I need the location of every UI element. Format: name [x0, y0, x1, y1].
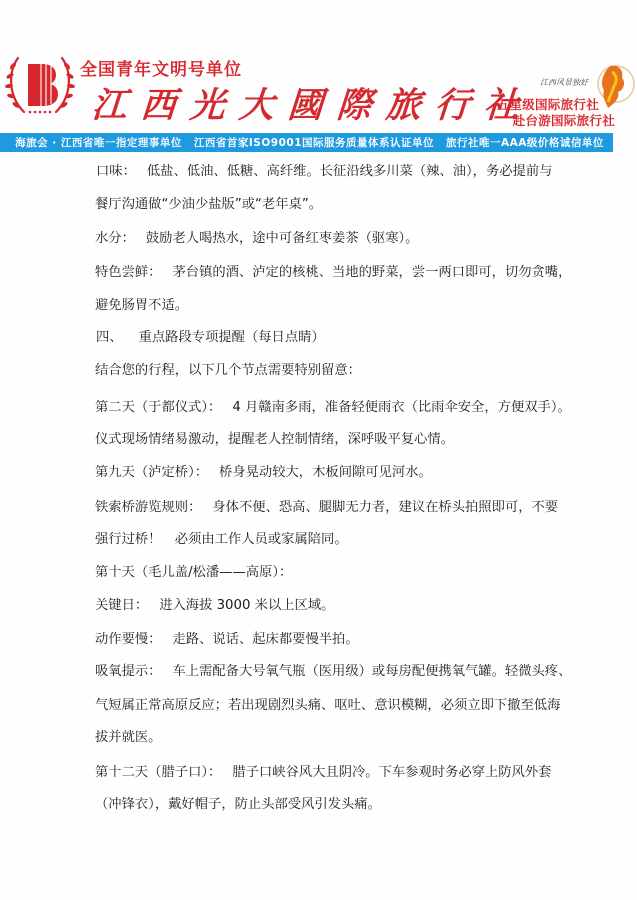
banner-segment: 海旅会 · 江西省唯一指定理事单位	[15, 135, 182, 150]
paragraph-line-day12: 第十二天（腊子口）：腊子口峡谷风大且阴冷。下车参观时务必穿上防风外套	[95, 764, 551, 782]
honor-slogan: 全国青年文明号单位	[80, 55, 242, 80]
paragraph-line-oxygen: 吸氧提示：车上需配备大号氧气瓶（医用级）或每房配便携氧气罐。轻微头疼、	[95, 663, 571, 681]
paragraph-line: （冲锋衣），戴好帽子，防止头部受风引发头痛。	[95, 796, 381, 814]
paragraph-line-move-slow: 动作要慢：走路、说话、起床都要慢半拍。	[95, 631, 359, 649]
paragraph-line: 强行过桥！ 必须由工作人员或家属陪同。	[95, 531, 348, 549]
certification-banner: 海旅会 · 江西省唯一指定理事单位 江西省首家ISO9001国际服务质量体系认证…	[0, 133, 613, 152]
paragraph-line: 仪式现场情绪易激动，提醒老人控制情绪，深呼吸平复心情。	[95, 431, 454, 449]
paragraph-line-day2: 第二天（于都仪式）：4 月赣南多雨，准备轻便雨衣（比雨伞安全，方便双手）。	[95, 399, 571, 417]
banner-segment: 旅行社唯一AAA级价格诚信单位	[446, 135, 604, 150]
laurel-wreath-logo-icon	[4, 50, 76, 122]
paragraph-line: 避免肠胃不适。	[95, 297, 188, 315]
brand-script: 江西风景独好	[540, 77, 588, 88]
paragraph-line-key-day: 关键日：进入海拔 3000 米以上区域。	[95, 597, 334, 615]
paragraph-line: 结合您的行程，以下几个节点需要特别留意：	[95, 362, 361, 380]
paragraph-line-day10: 第十天（毛儿盖/松潘——高原）：	[95, 564, 292, 582]
paragraph-line-bridge-rules: 铁索桥游览规则：身体不便、恐高、腿脚无力者，建议在桥头拍照即可，不要	[95, 499, 558, 517]
paragraph-line-specialty: 特色尝鲜：茅台镇的酒、泸定的核桃、当地的野菜，尝一两口即可，切勿贪嘴，	[95, 264, 571, 282]
paragraph-line-water: 水分：鼓励老人喝热水，途中可备红枣姜茶（驱寒）。	[95, 230, 418, 248]
company-name: 江西光大國際旅行社	[90, 78, 535, 128]
paragraph-line: 拔并就医。	[95, 729, 161, 747]
letterhead: 全国青年文明号单位 江西光大國際旅行社 江西风景独好 五星级国际旅行社 赴台游国…	[0, 0, 637, 155]
paragraph-line: 气短属正常高原反应；若出现剧烈头痛、呕吐、意识模糊，必须立即下撤至低海	[95, 697, 560, 715]
paragraph-line: 餐厅沟通做“少油少盐版”或“老年桌”。	[95, 196, 322, 214]
document-page: 全国青年文明号单位 江西光大國際旅行社 江西风景独好 五星级国际旅行社 赴台游国…	[0, 0, 637, 900]
section-heading-4: 四、重点路段专项提醒（每日点睛）	[96, 329, 325, 347]
banner-segment: 江西省首家ISO9001国际服务质量体系认证单位	[194, 135, 434, 150]
rank-line-taiwan-tour: 赴台游国际旅行社	[513, 111, 615, 129]
paragraph-line-day9: 第九天（泸定桥）：桥身晃动较大，木板间隙可见河水。	[95, 464, 432, 482]
paragraph-line-taste: 口味：低盐、低油、低糖、高纤维。长征沿线多川菜（辣、油），务必提前与	[96, 163, 552, 181]
